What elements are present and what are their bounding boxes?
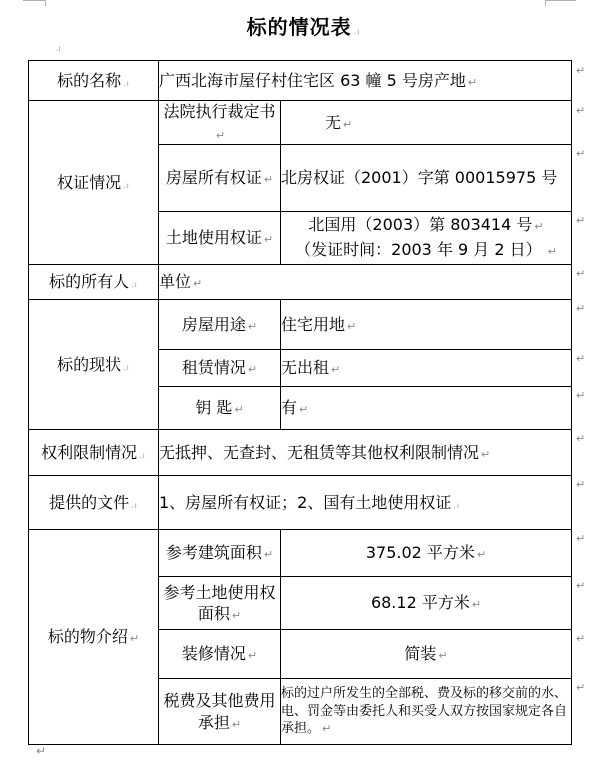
table-row: 标的现状.ı 房屋用途↵ 住宅用地↵ [29, 300, 572, 350]
table-row: 权利限制情况.ı 无抵押、无查封、无租赁等其他权利限制情况↵ [29, 430, 572, 476]
paragraph-mark-icon: ↵ [216, 129, 225, 142]
table-row: 标的所有人.ı 单位↵ [29, 265, 572, 300]
label-cell-lease-status: 租赁情况↵ [159, 350, 281, 387]
paragraph-mark-icon: ↵ [232, 718, 241, 731]
value-cell-subject-owner: 单位↵ [159, 265, 572, 300]
row-end-mark-icon: ↵ [576, 267, 585, 280]
paragraph-mark-icon: ↵ [232, 609, 241, 622]
table-row: 权证情况.ı 法院执行裁定书↵ 无↵ [29, 101, 572, 145]
row-end-mark-icon: ↵ [576, 64, 585, 77]
value-cell-land-use-cert: 北国用（2003）第 803414 号↵ （发证时间：2003 年 9 月 2 … [281, 212, 572, 265]
paragraph-mark-icon: ↵ [193, 277, 202, 290]
paragraph-mark-icon: ↵ [331, 363, 340, 376]
label-cell-taxes-and-fees: 税费及其他费用承担↵ [159, 679, 281, 745]
paragraph-mark-icon: ↵ [248, 649, 257, 662]
value-cell-provided-documents: 1、房屋所有权证；2、国有土地使用权证.ı [159, 476, 572, 530]
cell-end-mark-icon: .ı [123, 181, 130, 190]
value-cell-house-usage: 住宅用地↵ [281, 300, 572, 350]
value-cell-decoration-status: 简装↵ [281, 630, 572, 679]
cell-end-mark-icon: .ı [131, 501, 138, 510]
row-end-mark-icon: ↵ [576, 632, 585, 645]
row-end-mark-icon: ↵ [576, 104, 585, 117]
label-cell-keys: 钥 匙↵ [159, 387, 281, 430]
cell-end-mark-icon: .ı [453, 501, 460, 510]
row-end-mark-icon: ↵ [576, 389, 585, 402]
value-cell-lease-status: 无出租↵ [281, 350, 572, 387]
label-cell-house-ownership-cert: 房屋所有权证↵ [159, 145, 281, 212]
label-cell-land-use-area: 参考土地使用权面积↵ [159, 577, 281, 630]
label-cell-subject-owner: 标的所有人.ı [29, 265, 159, 300]
paragraph-end-mark-icon: .ı [354, 27, 361, 36]
row-end-mark-icon: ↵ [576, 532, 585, 545]
crop-mark-top-right-icon [545, 0, 576, 6]
paragraph-mark-icon: ↵ [347, 320, 356, 333]
cell-end-mark-icon: .ı [123, 363, 130, 372]
label-cell-court-ruling: 法院执行裁定书↵ [159, 101, 281, 145]
row-end-mark-icon: ↵ [576, 432, 585, 445]
label-cell-land-use-cert: 土地使用权证↵ [159, 212, 281, 265]
cell-end-mark-icon: .ı [139, 451, 146, 460]
label-cell-rights-restrictions: 权利限制情况.ı [29, 430, 159, 476]
crop-mark-top-left-icon [23, 0, 46, 6]
subject-info-table: 标的名称.ı 广西北海市屋仔村住宅区 63 幢 5 号房产地↵ 权证情况.ı 法… [28, 60, 572, 745]
paragraph-mark-icon: ↵ [477, 548, 486, 561]
paragraph-mark-icon: ↵ [481, 448, 490, 461]
value-cell-house-ownership-cert: 北房权证（2001）字第 00015975 号 [281, 145, 572, 212]
value-cell-land-use-area: 68.12 平方米↵ [281, 577, 572, 630]
paragraph-mark-icon: ↵ [36, 744, 46, 758]
label-cell-building-area: 参考建筑面积↵ [159, 530, 281, 577]
value-cell-keys: 有↵ [281, 387, 572, 430]
page-title-text: 标的情况表 [247, 15, 352, 39]
row-end-mark-icon: ↵ [576, 147, 585, 160]
document-page: 标的情况表.ı .ı 标的名称.ı 广西北海市屋仔村住宅区 63 幢 5 号房产… [0, 0, 607, 765]
row-end-mark-icon: ↵ [576, 214, 585, 227]
paragraph-mark-icon: ↵ [234, 403, 243, 416]
row-end-mark-icon: ↵ [576, 352, 585, 365]
paragraph-mark-icon: ↵ [130, 632, 139, 645]
paragraph-mark-icon: ↵ [264, 548, 273, 561]
paragraph-mark-icon: ↵ [248, 363, 257, 376]
paragraph-mark-icon: ↵ [299, 403, 308, 416]
cell-end-mark-icon: .ı [123, 79, 130, 88]
row-end-mark-icon: ↵ [576, 681, 585, 694]
row-end-mark-icon: ↵ [576, 579, 585, 592]
paragraph-mark-icon: ↵ [472, 598, 481, 611]
label-cell-subject-introduction-group: 标的物介绍↵ [29, 530, 159, 745]
label-cell-decoration-status: 装修情况↵ [159, 630, 281, 679]
paragraph-mark-icon: ↵ [264, 233, 273, 246]
value-cell-court-ruling: 无↵ [281, 101, 572, 145]
page-title: 标的情况表.ı [0, 11, 607, 40]
table-row: 标的物介绍↵ 参考建筑面积↵ 375.02 平方米↵ [29, 530, 572, 577]
paragraph-mark-icon: ↵ [548, 245, 557, 258]
paragraph-mark-icon: ↵ [534, 220, 543, 233]
value-cell-building-area: 375.02 平方米↵ [281, 530, 572, 577]
label-cell-certificates-group: 权证情况.ı [29, 101, 159, 265]
paragraph-mark-icon: ↵ [248, 320, 257, 333]
value-cell-taxes-and-fees: 标的过户所发生的全部税、费及标的移交前的水、电、罚金等由委托人和买受人双方按国家… [281, 679, 572, 745]
paragraph-mark-icon: ↵ [264, 173, 273, 186]
paragraph-mark-icon: ↵ [322, 722, 331, 735]
label-cell-provided-documents: 提供的文件.ı [29, 476, 159, 530]
paragraph-mark-icon: ↵ [438, 649, 447, 662]
cell-end-mark-icon: .ı [131, 280, 138, 289]
value-cell-rights-restrictions: 无抵押、无查封、无租赁等其他权利限制情况↵ [159, 430, 572, 476]
row-end-mark-icon: ↵ [576, 478, 585, 491]
table-row: 标的名称.ı 广西北海市屋仔村住宅区 63 幢 5 号房产地↵ [29, 61, 572, 101]
label-cell-subject-name: 标的名称.ı [29, 61, 159, 101]
value-cell-subject-name: 广西北海市屋仔村住宅区 63 幢 5 号房产地↵ [159, 61, 572, 101]
paragraph-mark-icon: .ı [56, 44, 61, 53]
row-end-mark-icon: ↵ [576, 302, 585, 315]
paragraph-mark-icon: ↵ [343, 118, 352, 131]
label-cell-house-usage: 房屋用途↵ [159, 300, 281, 350]
table-row: 提供的文件.ı 1、房屋所有权证；2、国有土地使用权证.ı [29, 476, 572, 530]
label-cell-current-status-group: 标的现状.ı [29, 300, 159, 430]
paragraph-mark-icon: ↵ [468, 76, 477, 89]
